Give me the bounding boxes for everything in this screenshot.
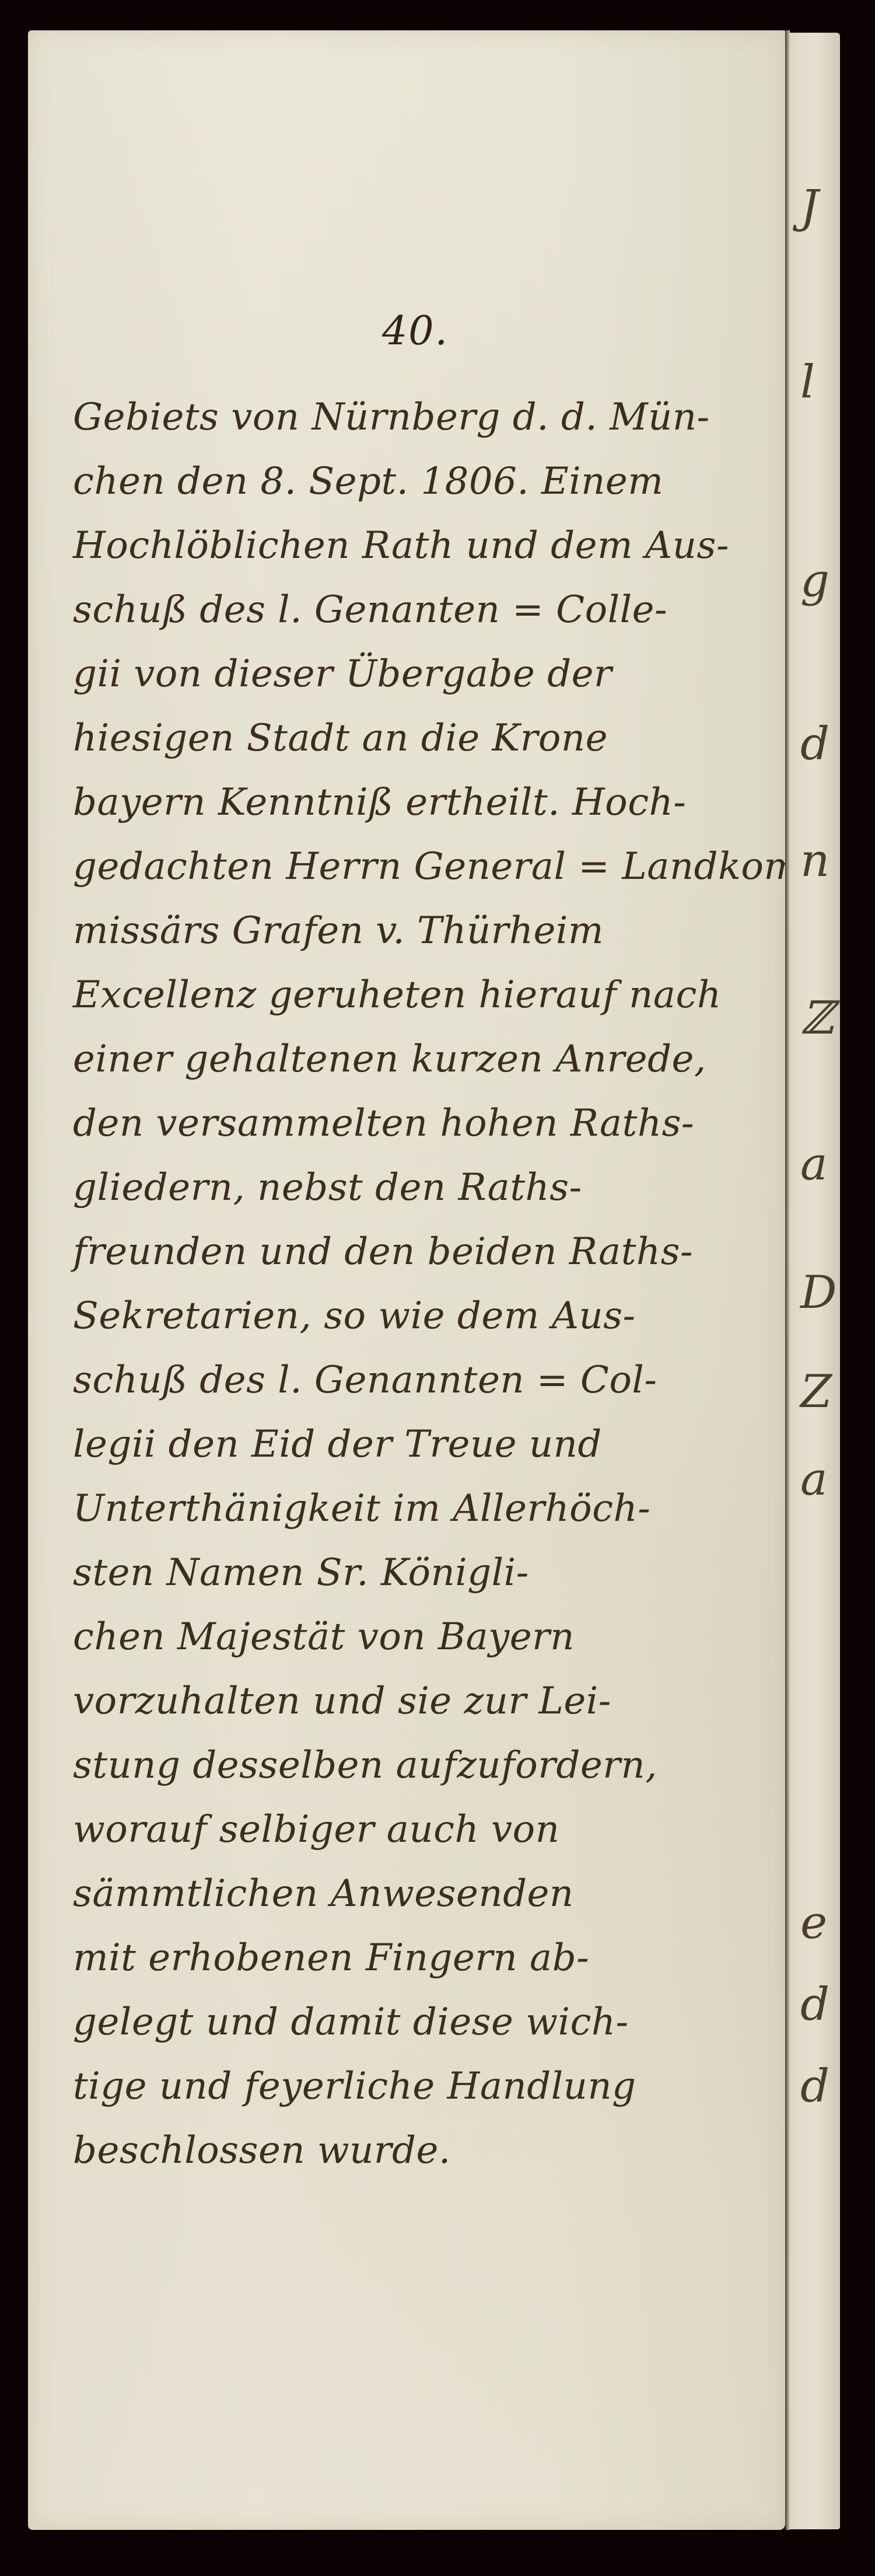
text-line: worauf selbiger auch von bbox=[73, 1797, 773, 1862]
text-line: einer gehaltenen kurzen Anrede, bbox=[73, 1027, 773, 1091]
text-line: legii den Eid der Treue und bbox=[73, 1412, 773, 1477]
text-line: chen den 8. Sept. 1806. Einem bbox=[73, 449, 773, 514]
text-line: gelegt und damit diese wich- bbox=[73, 1990, 773, 2054]
text-line: gliedern, nebst den Raths- bbox=[73, 1156, 773, 1220]
text-line: Sekretarien, so wie dem Aus- bbox=[73, 1284, 773, 1348]
strip-letter-fragment: d bbox=[800, 2064, 829, 2109]
text-line: Unterthänigkeit im Allerhöch- bbox=[73, 1477, 773, 1541]
text-line: schuß des l. Genanten = Colle- bbox=[73, 578, 773, 642]
strip-letter-fragment: g bbox=[800, 558, 829, 603]
text-line: sten Namen Sr. Königli- bbox=[73, 1541, 773, 1605]
handwritten-text-block: Gebiets von Nürnberg d. d. Mün- chen den… bbox=[73, 385, 773, 2183]
strip-letter-fragment: n bbox=[800, 838, 829, 884]
strip-letter-fragment: a bbox=[800, 1457, 828, 1502]
text-line: stung desselben aufzufordern, bbox=[73, 1733, 773, 1797]
text-line: schuß des l. Genannten = Col- bbox=[73, 1348, 773, 1412]
text-line: chen Majestät von Bayern bbox=[73, 1605, 773, 1669]
text-line: gedachten Herrn General = Landkom- bbox=[73, 835, 773, 899]
strip-letter-fragment: e bbox=[800, 1900, 827, 1946]
text-line: gii von dieser Übergabe der bbox=[73, 642, 773, 706]
strip-letter-fragment: ℤ bbox=[800, 996, 834, 1041]
text-line: Excellenz geruheten hierauf nach bbox=[73, 963, 773, 1027]
text-line: hiesigen Stadt an die Krone bbox=[73, 706, 773, 770]
text-line: beschlossen wurde. bbox=[73, 2118, 773, 2183]
text-line: missärs Grafen v. Thürheim bbox=[73, 899, 773, 963]
strip-letter-fragment: l bbox=[800, 359, 815, 405]
text-line: Gebiets von Nürnberg d. d. Mün- bbox=[73, 385, 773, 449]
page-number: 40. bbox=[382, 308, 449, 354]
strip-letter-fragment: d bbox=[800, 1982, 829, 2027]
page-gutter bbox=[785, 30, 790, 2530]
text-line: tige und feyerliche Handlung bbox=[73, 2054, 773, 2118]
strip-letter-fragment: a bbox=[800, 1142, 828, 1187]
strip-letter-fragment: Z bbox=[800, 1369, 832, 1415]
adjacent-page-strip: JlgdnℤaDZaedd bbox=[790, 33, 840, 2529]
text-line: sämmtlichen Anwesenden bbox=[73, 1862, 773, 1926]
text-line: Hochlöblichen Rath und dem Aus- bbox=[73, 514, 773, 578]
strip-letter-fragment: d bbox=[800, 721, 829, 767]
text-line: den versammelten hohen Raths- bbox=[73, 1091, 773, 1156]
text-line: vorzuhalten und sie zur Lei- bbox=[73, 1669, 773, 1733]
strip-letter-fragment: D bbox=[800, 1270, 837, 1315]
text-line: mit erhobenen Fingern ab- bbox=[73, 1926, 773, 1990]
text-line: freunden und den beiden Raths- bbox=[73, 1220, 773, 1284]
text-line: bayern Kenntniß ertheilt. Hoch- bbox=[73, 770, 773, 835]
strip-letter-fragment: J bbox=[800, 184, 818, 230]
